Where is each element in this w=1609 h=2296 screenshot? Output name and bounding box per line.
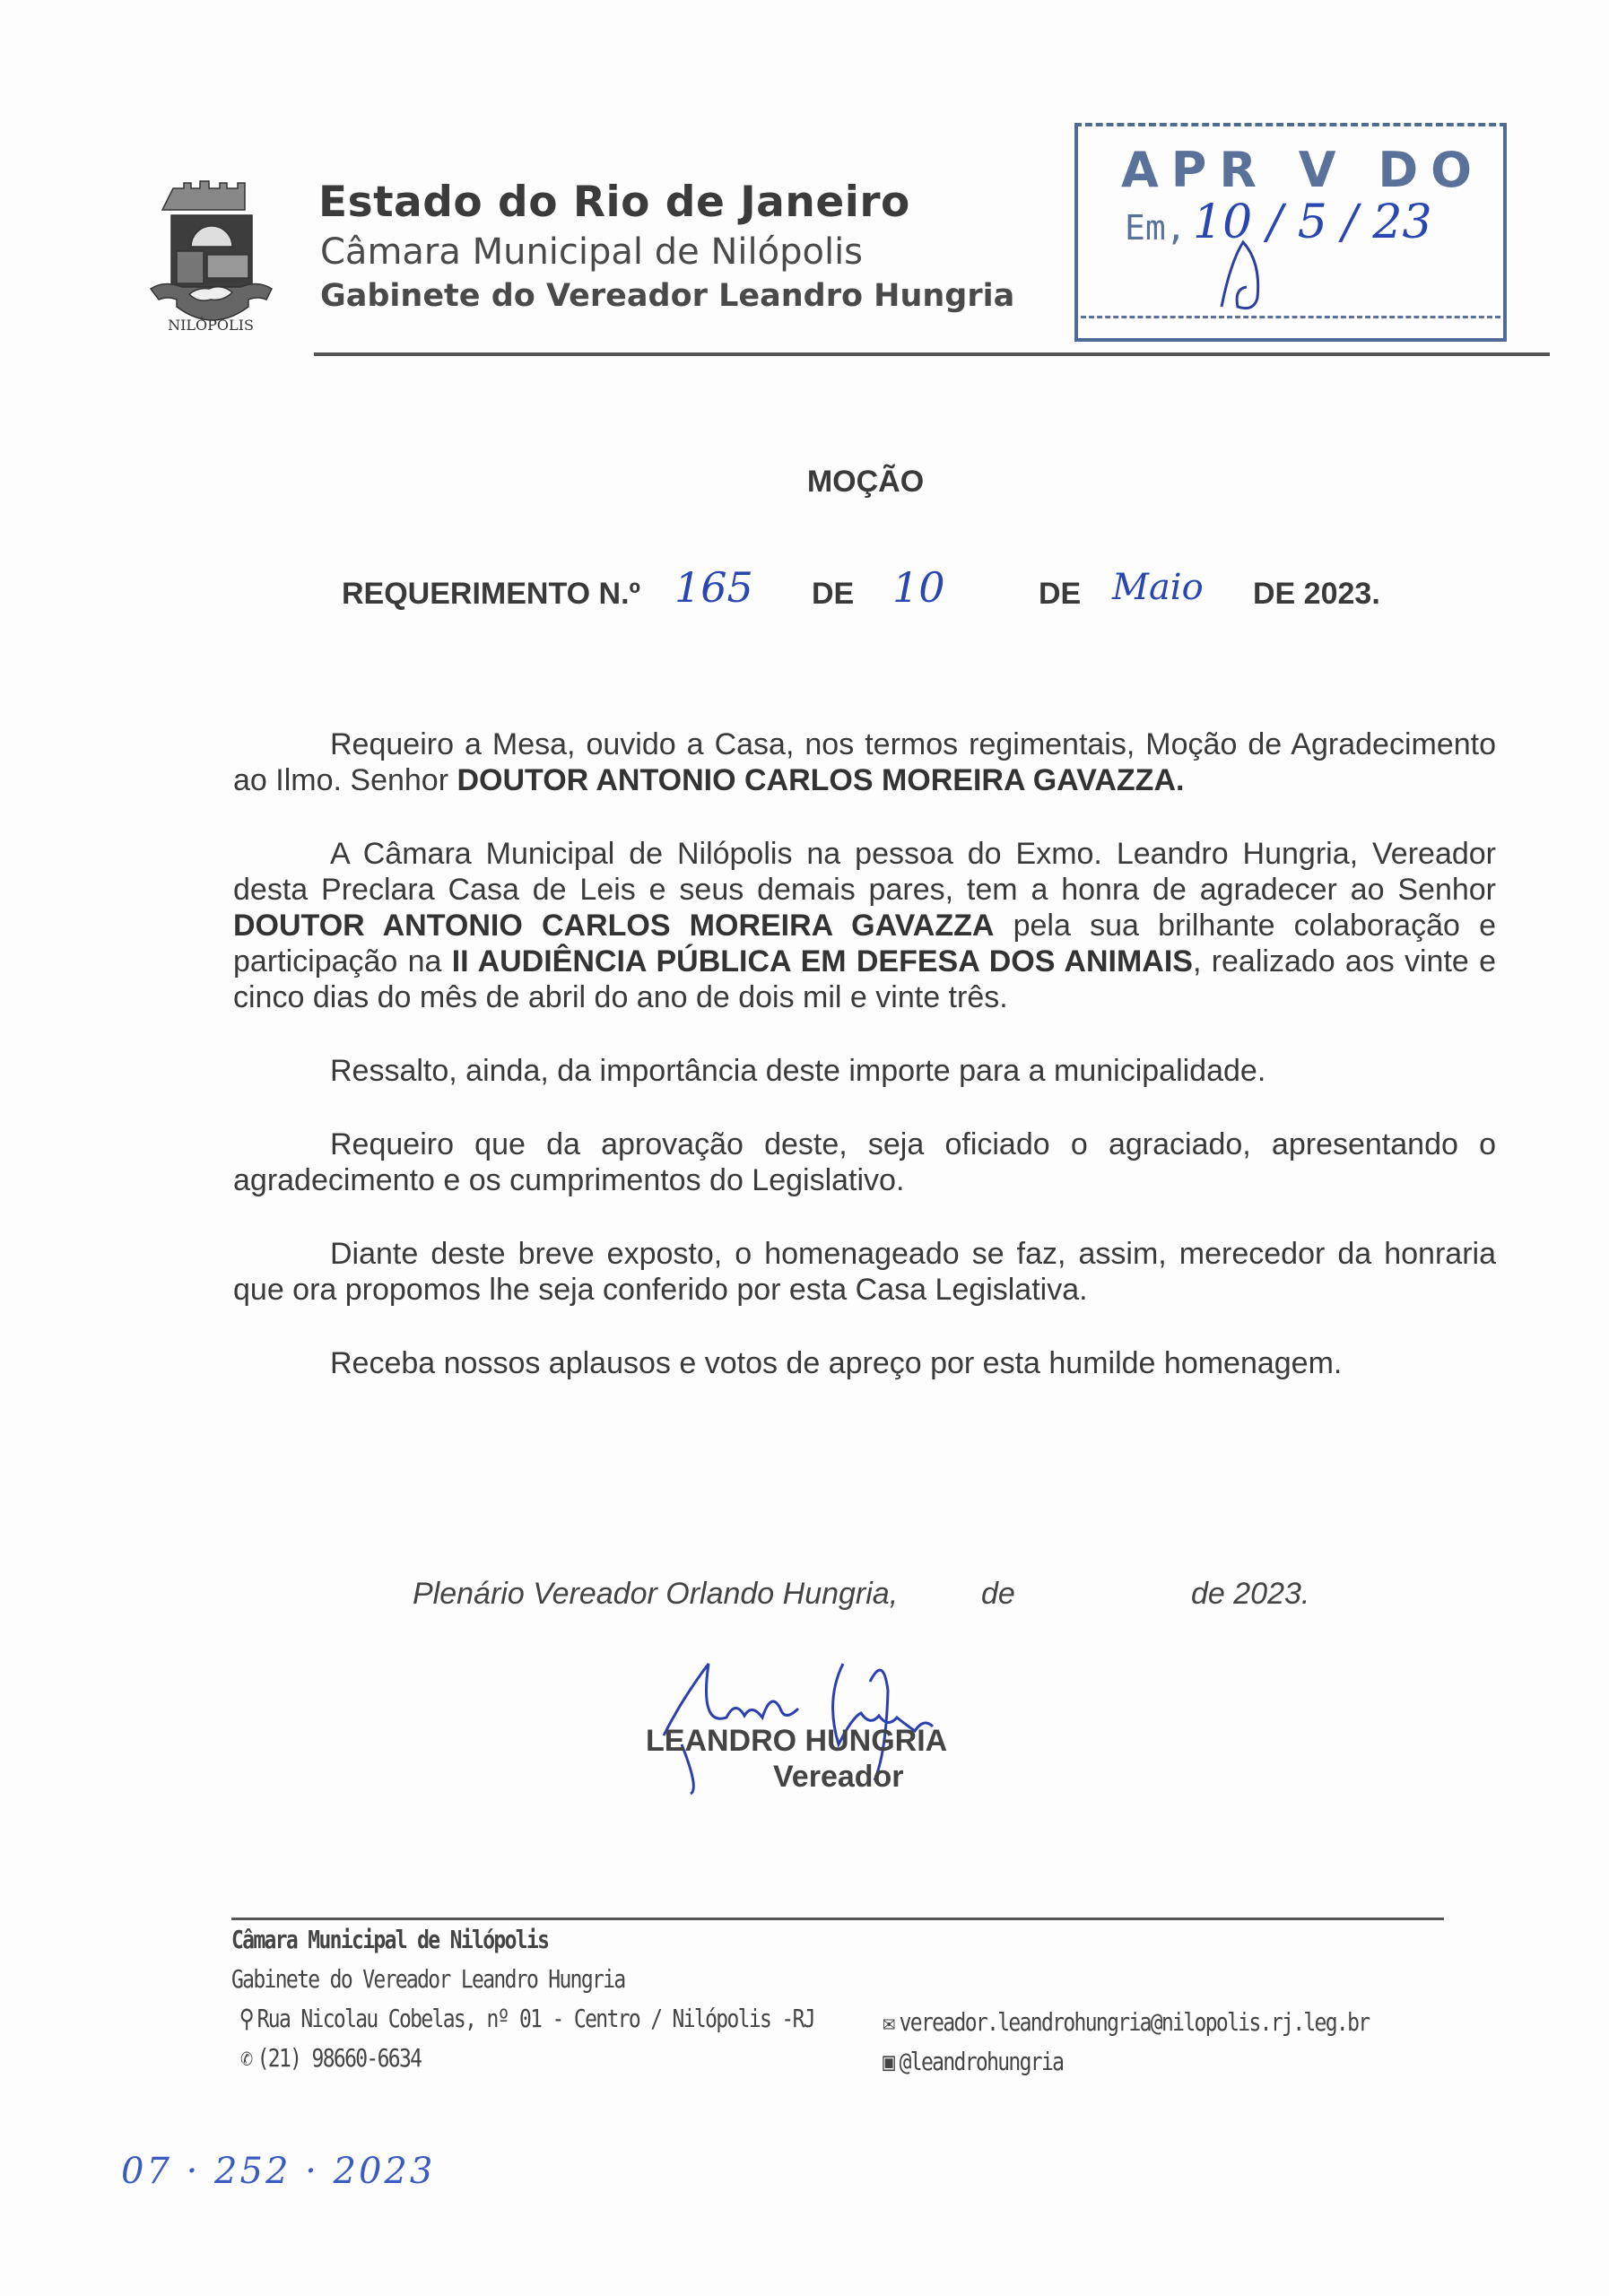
document-title: MOÇÃO (0, 465, 1609, 500)
footer-divider (231, 1918, 1444, 1920)
document-body: Requeiro a Mesa, ouvido a Casa, nos term… (233, 726, 1496, 1419)
requerimento-month: Maio (1112, 567, 1204, 608)
paragraph-5: Diante deste breve exposto, o homenagead… (233, 1236, 1496, 1308)
signer-role: Vereador (773, 1760, 904, 1795)
requerimento-de-2: DE (1039, 577, 1081, 612)
requerimento-number: 165 (674, 563, 753, 612)
paragraph-6: Receba nossos aplausos e votos de apreço… (233, 1345, 1496, 1381)
pin-icon: ⚲ (235, 2004, 257, 2033)
header-state: Estado do Rio de Janeiro (318, 178, 910, 227)
header-chamber: Câmara Municipal de Nilópolis (320, 231, 863, 273)
paragraph-4: Requeiro que da aprovação deste, seja of… (233, 1126, 1496, 1198)
svg-text:NILÓPOLIS: NILÓPOLIS (168, 316, 254, 334)
requerimento-day: 10 (892, 563, 945, 612)
requerimento-label: REQUERIMENTO N.º (342, 577, 640, 612)
paragraph-3: Ressalto, ainda, da importância deste im… (233, 1053, 1496, 1089)
stamp-initials-icon (1211, 235, 1274, 316)
phone-icon: ✆ (235, 2043, 257, 2073)
requerimento-year: DE 2023. (1253, 577, 1380, 612)
envelope-icon: ✉ (877, 2007, 900, 2037)
header-office: Gabinete do Vereador Leandro Hungria (320, 278, 1014, 314)
paragraph-1: Requeiro a Mesa, ouvido a Casa, nos term… (233, 726, 1496, 798)
signer-name: LEANDRO HUNGRIA (646, 1724, 947, 1759)
footer-office: Gabinete do Vereador Leandro Hungria (231, 1964, 625, 1994)
stamp-em-label: Em, (1125, 208, 1187, 248)
footer-email[interactable]: ✉vereador.leandrohungria@nilopolis.rj.le… (877, 2007, 1369, 2037)
closing-de: de (981, 1577, 1015, 1612)
paragraph-2: A Câmara Municipal de Nilópolis na pesso… (233, 836, 1496, 1015)
handwritten-protocol-number: 07 · 252 · 2023 (121, 2151, 435, 2192)
footer-org: Câmara Municipal de Nilópolis (231, 1925, 548, 1954)
closing-place: Plenário Vereador Orlando Hungria, (413, 1577, 898, 1612)
requerimento-de-1: DE (812, 577, 854, 612)
footer-phone: ✆(21) 98660-6634 (235, 2043, 421, 2073)
header-divider (314, 352, 1550, 356)
stamp-divider (1081, 316, 1500, 318)
footer-address: ⚲Rua Nicolau Cobelas, nº 01 - Centro / N… (235, 2004, 814, 2033)
instagram-icon: ▣ (877, 2047, 900, 2076)
stamp-approved-text: APR V DO (1121, 142, 1484, 198)
closing-year: de 2023. (1191, 1577, 1309, 1612)
footer-social[interactable]: ▣@leandrohungria (877, 2047, 1063, 2076)
municipal-crest-icon: NILÓPOLIS (146, 179, 276, 339)
